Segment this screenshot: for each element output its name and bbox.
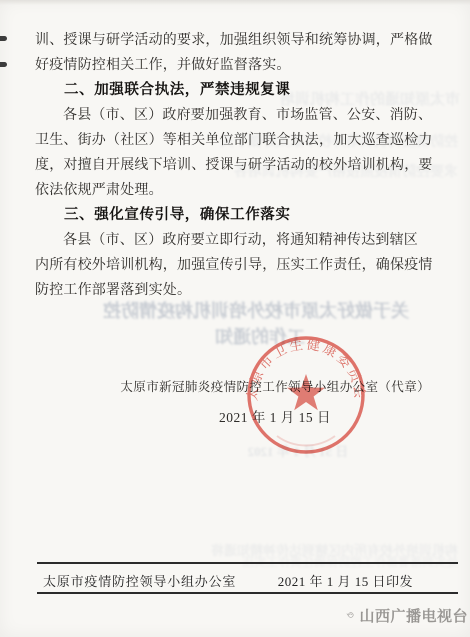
footer-rule-top: [37, 562, 458, 564]
scanned-document-page: 关于做好太原市校外培训机构疫情防控工作的通知市太原知通的作工构机训培控防情疫构机…: [0, 0, 470, 637]
station-watermark: 山西广播电视台: [346, 599, 468, 631]
document-line: 各县（市、区）政府要加强教育、市场监管、公安、消防、: [35, 103, 435, 128]
document-line: 度，对擅自开展线下培训、授课与研学活动的校外培训机构，要: [35, 153, 435, 178]
footer-rule-bottom: [37, 592, 458, 594]
document-line: 防控工作部署落到实处。: [35, 278, 435, 303]
footer-issuer: 太原市疫情防控领导小组办公室: [43, 571, 236, 590]
document-line: 各县（市、区）政府要立即行动，将通知精神传达到辖区: [35, 228, 435, 253]
official-seal: 太原市卫生健康委员会: [243, 332, 369, 458]
scan-artifact: [0, 36, 7, 41]
document-line: 内所有校外培训机构，加强宣传引导，压实工作责任，确保疫情: [35, 253, 435, 278]
document-line: 训、授课与研学活动的要求，加强组织领导和统筹协调，严格做: [35, 28, 435, 53]
document-line: 依法依规严肃处理。: [35, 178, 435, 203]
station-watermark-text: 山西广播电视台: [359, 605, 468, 626]
seal-star-icon: [287, 374, 325, 410]
document-body: 训、授课与研学活动的要求，加强组织领导和统筹协调，严格做好疫情防控相关工作，并做…: [35, 28, 435, 303]
scan-artifact: [0, 62, 7, 67]
footer-print-date: 2021 年 1 月 15 日印发: [278, 571, 413, 590]
document-line: 卫生、街办（社区）等相关单位部门联合执法，加大巡查巡检力: [35, 128, 435, 153]
section-heading: 三、强化宣传引导，确保工作落实: [35, 203, 435, 228]
station-logo-icon: [346, 600, 354, 630]
seal-bottom-smudge: [277, 436, 335, 446]
section-heading: 二、加强联合执法，严禁违规复课: [35, 78, 435, 103]
bleedthrough-text: 构机训培外校有所内区辖到达传神精知通将: [42, 540, 458, 559]
document-line: 好疫情防控相关工作，并做好监督落实。: [35, 53, 435, 78]
